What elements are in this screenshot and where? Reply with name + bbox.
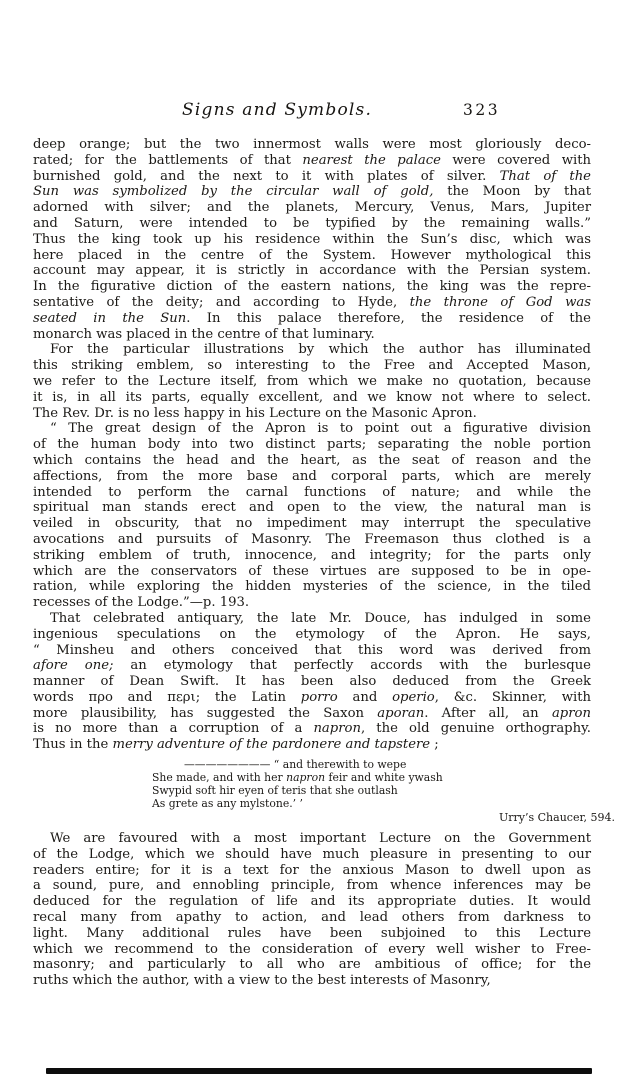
- text-line: deduced for the regulation of life and i…: [33, 894, 591, 910]
- text-line: a sound, pure, and ennobling principle, …: [33, 878, 591, 894]
- text-line: Sun was symbolized by the circular wall …: [33, 184, 591, 200]
- text-line: readers entire; for it is a text for the…: [33, 863, 591, 879]
- text-line: this striking emblem, so interesting to …: [33, 358, 591, 374]
- text-line: Thus the king took up his residence with…: [33, 232, 591, 248]
- text-line: veiled in obscurity, that no impediment …: [33, 516, 591, 532]
- text-line: That celebrated antiquary, the late Mr. …: [33, 611, 591, 627]
- text-line: more plausibility, has suggested the Sax…: [33, 706, 591, 722]
- text-line: sentative of the deity; and according to…: [33, 295, 591, 311]
- text-line: words προ and περι; the Latin porro and …: [33, 690, 591, 706]
- text-line: deep orange; but the two innermost walls…: [33, 137, 591, 153]
- verse-line: Swypid soft hir eyen of teris that she o…: [152, 784, 591, 797]
- text-line: of the human body into two distinct part…: [33, 437, 591, 453]
- running-title: Signs and Symbols.: [182, 100, 372, 120]
- text-line: afore one; an etymology that perfectly a…: [33, 658, 591, 674]
- text-line: burnished gold, and the next to it with …: [33, 169, 591, 185]
- text-line: recal many from apathy to action, and le…: [33, 910, 591, 926]
- text-line: which are the conservators of these virt…: [33, 564, 591, 580]
- text-block: deep orange; but the two innermost walls…: [33, 137, 591, 989]
- text-line: ingenious speculations on the etymology …: [33, 627, 591, 643]
- text-line: “ The great design of the Apron is to po…: [33, 421, 591, 437]
- text-line: “ Minsheu and others conceived that this…: [33, 643, 591, 659]
- paragraph: That celebrated antiquary, the late Mr. …: [33, 611, 591, 753]
- text-line: of the Lodge, which we should have much …: [33, 847, 591, 863]
- text-line: For the particular illustrations by whic…: [33, 342, 591, 358]
- text-line: masonry; and particularly to all who are…: [33, 957, 591, 973]
- text-line: rated; for the battlements of that neare…: [33, 153, 591, 169]
- text-line: we refer to the Lecture itself, from whi…: [33, 374, 591, 390]
- text-line: The Rev. Dr. is no less happy in his Lec…: [33, 406, 591, 422]
- text-line: ruths which the author, with a view to t…: [33, 973, 591, 989]
- text-line: account may appear, it is strictly in ac…: [33, 263, 591, 279]
- text-line: intended to perform the carnal functions…: [33, 485, 591, 501]
- text-line: Thus in the merry adventure of the pardo…: [33, 737, 591, 753]
- verse-line: ———————— “ and therewith to wepe: [152, 758, 591, 771]
- text-line: here placed in the centre of the System.…: [33, 248, 591, 264]
- text-line: manner of Dean Swift. It has been also d…: [33, 674, 591, 690]
- text-line: which contains the head and the heart, a…: [33, 453, 591, 469]
- text-line: light. Many additional rules have been s…: [33, 926, 591, 942]
- text-line: striking emblem of truth, innocence, and…: [33, 548, 591, 564]
- text-line: ration, while exploring the hidden myste…: [33, 579, 591, 595]
- text-line: adorned with silver; and the planets, Me…: [33, 200, 591, 216]
- verse-line: She made, and with her napron feir and w…: [152, 771, 591, 784]
- paragraph: deep orange; but the two innermost walls…: [33, 137, 591, 342]
- paragraph: “ The great design of the Apron is to po…: [33, 421, 591, 611]
- text-line: recesses of the Lodge.”—p. 193.: [33, 595, 591, 611]
- text-line: seated in the Sun. In this palace theref…: [33, 311, 591, 327]
- text-line: spiritual man stands erect and open to t…: [33, 500, 591, 516]
- text-line: is no more than a corruption of a napron…: [33, 721, 591, 737]
- text-line: it is, in all its parts, equally excelle…: [33, 390, 591, 406]
- text-line: monarch was placed in the centre of that…: [33, 327, 591, 343]
- text-line: We are favoured with a most important Le…: [33, 831, 591, 847]
- text-line: affections, from the more base and corpo…: [33, 469, 591, 485]
- paragraph: For the particular illustrations by whic…: [33, 342, 591, 421]
- paragraph: We are favoured with a most important Le…: [33, 831, 591, 989]
- text-line: and Saturn, were intended to be typified…: [33, 216, 591, 232]
- verse-quote: ———————— “ and therewith to wepeShe made…: [152, 758, 591, 824]
- verse-attribution: Urry’s Chaucer, 594.: [499, 811, 591, 824]
- text-line: which we recommend to the consideration …: [33, 942, 591, 958]
- verse-line: As grete as any mylstone.’ ’: [152, 797, 591, 810]
- text-line: avocations and pursuits of Masonry. The …: [33, 532, 591, 548]
- scan-artifact-bar: [46, 1068, 592, 1074]
- page-number: 323: [463, 101, 500, 119]
- book-page: Signs and Symbols. 323 deep orange; but …: [0, 0, 641, 1082]
- text-line: In the figurative diction of the eastern…: [33, 279, 591, 295]
